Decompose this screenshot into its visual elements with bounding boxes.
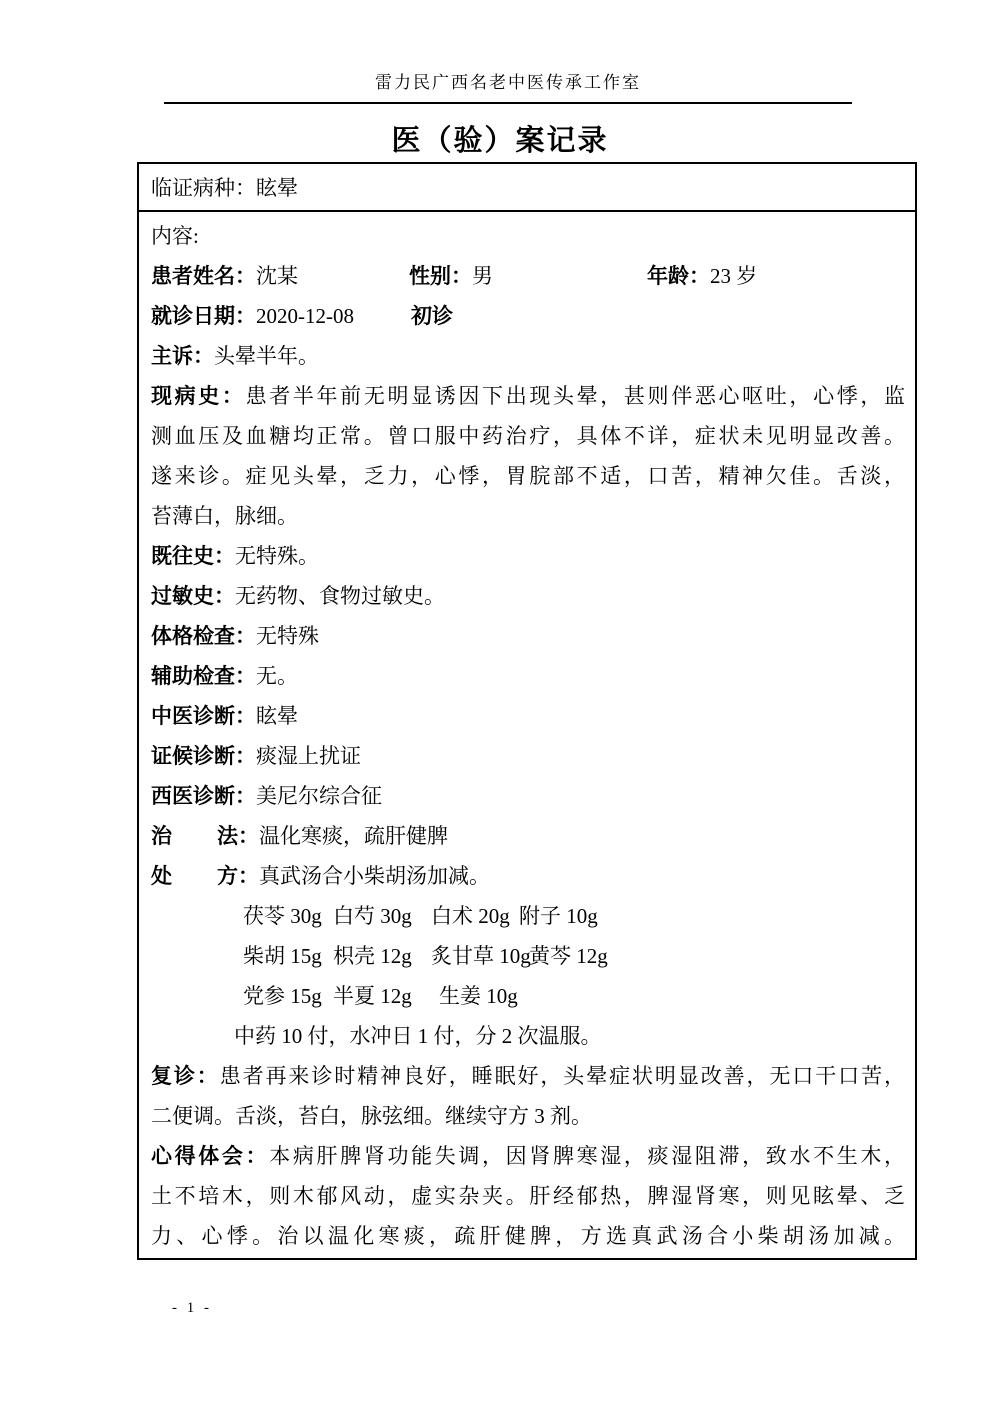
record-table: 临证病种：眩晕 内容:患者姓名：沈某性别：男年龄：23 岁就诊日期：2020-1… (137, 162, 917, 1260)
content-line: 主诉：头晕半年。 (151, 336, 905, 376)
disease-label: 临证病种： (151, 176, 256, 200)
content-line: 中医诊断：眩晕 (151, 696, 905, 736)
field-text: 附子 10g (519, 904, 598, 928)
disease-row: 临证病种：眩晕 (139, 164, 915, 212)
field-text: 无特殊。 (235, 544, 319, 568)
field-label: 法： (217, 824, 259, 848)
field-text: 白芍 30g (333, 896, 431, 936)
record-content: 内容:患者姓名：沈某性别：男年龄：23 岁就诊日期：2020-12-08初诊主诉… (139, 212, 915, 1258)
content-line: 土不培木，则木郁风动，虚实杂夹。肝经郁热，脾湿肾寒，则见眩晕、乏 (151, 1176, 905, 1216)
field-label: 中医诊断： (151, 704, 256, 728)
field-label: 心得体会： (151, 1144, 269, 1168)
field-label: 初诊 (411, 304, 453, 328)
content-line: 力、心悸。治以温化寒痰，疏肝健脾，方选真武汤合小柴胡汤加减。 (151, 1216, 905, 1256)
field-text: 炙甘草 10g (431, 936, 529, 976)
field-text: 苔薄白，脉细。 (151, 504, 298, 528)
field-label: 方： (217, 864, 259, 888)
content-line: 二便调。舌淡，苔白，脉弦细。继续守方 3 剂。 (151, 1096, 905, 1136)
field-text: 真武汤合小柴胡汤加减。 (259, 864, 490, 888)
field-text: 内容: (151, 224, 199, 248)
field-text: 柴胡 15g (243, 936, 333, 976)
disease-value: 眩晕 (256, 176, 298, 200)
content-line: 复诊：患者再来诊时精神良好，睡眠好，头晕症状明显改善，无口干口苦， (151, 1056, 905, 1096)
field-text: 黄芩 12g (529, 944, 608, 968)
field-label: 既往史： (151, 544, 235, 568)
doc-header: 雷力民广西名老中医传承工作室 (164, 68, 852, 104)
field-text: 土不培木，则木郁风动，虚实杂夹。肝经郁热，脾湿肾寒，则见眩晕、乏 (151, 1184, 905, 1208)
field-label: 辅助检查： (151, 664, 256, 688)
doc-title: 医（验）案记录 (0, 118, 1000, 159)
field-label: 西医诊断： (151, 784, 256, 808)
field-text: 枳壳 12g (333, 936, 431, 976)
field-text: 患者再来诊时精神良好，睡眠好，头晕症状明显改善，无口干口苦， (220, 1064, 905, 1088)
field-label: 主诉： (151, 344, 214, 368)
content-line: 患者姓名：沈某性别：男年龄：23 岁 (151, 256, 905, 296)
field-text: 头晕半年。 (214, 344, 319, 368)
field-text: 23 岁 (710, 264, 757, 288)
page-number: - 1 - (172, 1300, 212, 1317)
field-text: 二便调。舌淡，苔白，脉弦细。继续守方 3 剂。 (151, 1104, 592, 1128)
field-label: 年龄： (647, 264, 710, 288)
content-line: 体格检查：无特殊 (151, 616, 905, 656)
field-text: 温化寒痰，疏肝健脾 (259, 824, 448, 848)
field-text: 测血压及血糖均正常。曾口服中药治疗，具体不详，症状未见明显改善。 (151, 424, 905, 448)
field-label: 过敏史： (151, 584, 235, 608)
field-text: 无特殊 (256, 624, 319, 648)
content-line: 就诊日期：2020-12-08初诊 (151, 296, 905, 336)
content-line: 心得体会：本病肝脾肾功能失调，因肾脾寒湿，痰湿阻滞，致水不生木， (151, 1136, 905, 1176)
field-text: 2020-12-08 (256, 296, 411, 336)
field-text: 本病肝脾肾功能失调，因肾脾寒湿，痰湿阻滞，致水不生木， (269, 1144, 905, 1168)
field-label: 体格检查： (151, 624, 256, 648)
field-text: 沈某 (256, 256, 409, 296)
content-line: 茯苓 30g白芍 30g白术 20g附子 10g (151, 896, 905, 936)
field-text: 中药 10 付，水冲日 1 付，分 2 次温服。 (234, 1024, 602, 1048)
field-text: 党参 15g (243, 976, 333, 1016)
content-line: 中药 10 付，水冲日 1 付，分 2 次温服。 (151, 1016, 905, 1056)
content-line: 过敏史：无药物、食物过敏史。 (151, 576, 905, 616)
field-text: 茯苓 30g (243, 896, 333, 936)
field-text: 遂来诊。症见头晕，乏力，心悸，胃脘部不适，口苦，精神欠佳。舌淡， (151, 464, 905, 488)
field-label: 现病史： (151, 384, 246, 408)
field-label: 就诊日期： (151, 304, 256, 328)
content-line: 既往史：无特殊。 (151, 536, 905, 576)
content-line: 处方：真武汤合小柴胡汤加减。 (151, 856, 905, 896)
field-text: 半夏 12g (333, 976, 439, 1016)
field-text: 男 (472, 256, 647, 296)
field-text: 无。 (256, 664, 298, 688)
field-text: 痰湿上扰证 (256, 744, 361, 768)
field-text: 力、心悸。治以温化寒痰，疏肝健脾，方选真武汤合小柴胡汤加减。 (151, 1224, 905, 1248)
content-line: 内容: (151, 216, 905, 256)
content-line: 测血压及血糖均正常。曾口服中药治疗，具体不详，症状未见明显改善。 (151, 416, 905, 456)
field-label: 性别： (409, 264, 472, 288)
content-line: 现病史：患者半年前无明显诱因下出现头晕，甚则伴恶心呕吐，心悸，监 (151, 376, 905, 416)
field-text: 眩晕 (256, 704, 298, 728)
content-line: 柴胡 15g枳壳 12g炙甘草 10g黄芩 12g (151, 936, 905, 976)
content-line: 西医诊断：美尼尔综合征 (151, 776, 905, 816)
field-text: 美尼尔综合征 (256, 784, 382, 808)
workshop-title: 雷力民广西名老中医传承工作室 (375, 73, 641, 92)
content-line: 证候诊断：痰湿上扰证 (151, 736, 905, 776)
content-line: 辅助检查：无。 (151, 656, 905, 696)
field-label: 患者姓名： (151, 264, 256, 288)
content-line: 遂来诊。症见头晕，乏力，心悸，胃脘部不适，口苦，精神欠佳。舌淡， (151, 456, 905, 496)
field-text: 无药物、食物过敏史。 (235, 584, 445, 608)
content-line: 党参 15g半夏 12g生姜 10g (151, 976, 905, 1016)
document-page: 雷力民广西名老中医传承工作室 医（验）案记录 临证病种：眩晕 内容:患者姓名：沈… (0, 0, 1000, 1414)
content-line: 苔薄白，脉细。 (151, 496, 905, 536)
field-text: 患者半年前无明显诱因下出现头晕，甚则伴恶心呕吐，心悸，监 (246, 384, 905, 408)
field-label: 处 (151, 856, 217, 896)
field-label: 治 (151, 816, 217, 856)
field-label: 证候诊断： (151, 744, 256, 768)
content-line: 治法：温化寒痰，疏肝健脾 (151, 816, 905, 856)
field-text: 生姜 10g (439, 984, 518, 1008)
field-text: 白术 20g (431, 896, 519, 936)
field-label: 复诊： (151, 1064, 220, 1088)
